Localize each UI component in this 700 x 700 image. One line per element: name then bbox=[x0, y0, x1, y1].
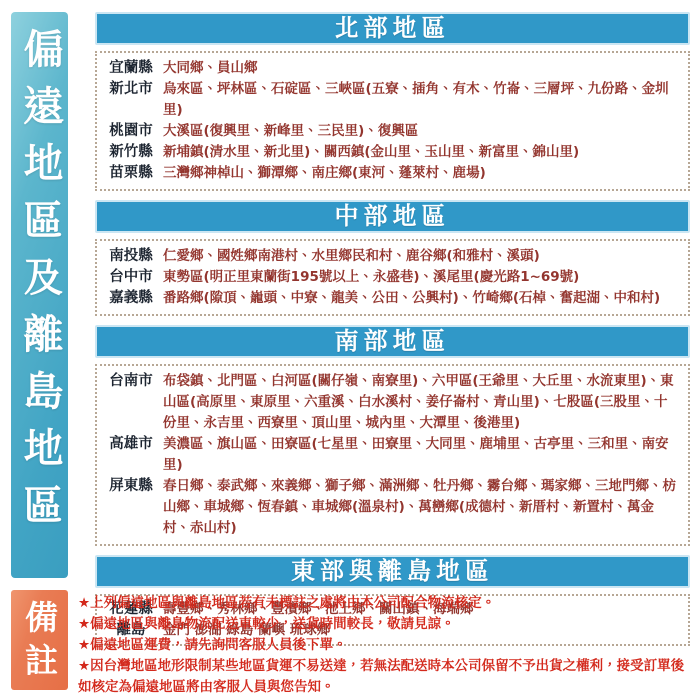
county-label: 新竹縣 bbox=[105, 142, 157, 163]
table-row: 南投縣 仁愛鄉、國姓鄉南港村、水里鄉民和村、鹿谷鄉(和雅村、溪頭) bbox=[105, 246, 680, 267]
area-list: 大溪區(復興里、新峰里、三民里)、復興區 bbox=[157, 121, 680, 142]
page: 偏遠地區及離島地區 北部地區 宜蘭縣 大同鄉、員山鄉 新北市 烏來區、坪林區、石… bbox=[0, 0, 700, 700]
table-row: 新竹縣 新埔鎮(清水里、新北里)、關西鎮(金山里、玉山里、新富里、錦山里) bbox=[105, 142, 680, 163]
area-list: 布袋鎮、北門區、白河區(關仔嶺、南寮里)、六甲區(王爺里、大丘里、水流東里)、東… bbox=[157, 371, 680, 434]
area-list: 番路鄉(隙頂、巃頭、中寮、龍美、公田、公興村)、竹崎鄉(石棹、奮起湖、中和村) bbox=[157, 288, 680, 309]
table-row: 台中市 東勢區(明正里東蘭街195號以上、永盛巷)、溪尾里(慶光路1~69號) bbox=[105, 267, 680, 288]
table-row: 桃園市 大溪區(復興里、新峰里、三民里)、復興區 bbox=[105, 121, 680, 142]
area-list: 新埔鎮(清水里、新北里)、關西鎮(金山里、玉山里、新富里、錦山里) bbox=[157, 142, 680, 163]
note-item: ★因台灣地區地形限制某些地區貨運不易送達，若無法配送時本公司保留不予出貨之權利，… bbox=[78, 656, 692, 698]
table-row: 新北市 烏來區、坪林區、石碇區、三峽區(五寮、插角、有木、竹崙、三層坪、九份路、… bbox=[105, 79, 680, 121]
county-label: 南投縣 bbox=[105, 246, 157, 267]
area-list: 春日鄉、泰武鄉、來義鄉、獅子鄉、滿洲鄉、牡丹鄉、霧台鄉、瑪家鄉、三地門鄉、枋山鄉… bbox=[157, 476, 680, 539]
area-list: 美濃區、旗山區、田寮區(七星里、田寮里、大同里、鹿埔里、古亭里、三和里、南安里) bbox=[157, 434, 680, 476]
section-header-north: 北部地區 bbox=[95, 12, 690, 45]
region-box-central: 南投縣 仁愛鄉、國姓鄉南港村、水里鄉民和村、鹿谷鄉(和雅村、溪頭) 台中市 東勢… bbox=[95, 239, 690, 316]
county-label: 高雄市 bbox=[105, 434, 157, 455]
area-list: 仁愛鄉、國姓鄉南港村、水里鄉民和村、鹿谷鄉(和雅村、溪頭) bbox=[157, 246, 680, 267]
county-label: 屏東縣 bbox=[105, 476, 157, 497]
table-row: 台南市 布袋鎮、北門區、白河區(關仔嶺、南寮里)、六甲區(王爺里、大丘里、水流東… bbox=[105, 371, 680, 434]
county-label: 苗栗縣 bbox=[105, 163, 157, 184]
county-label: 嘉義縣 bbox=[105, 288, 157, 309]
table-row: 苗栗縣 三灣鄉神棹山、獅潭鄉、南庄鄉(東河、蓬萊村、鹿場) bbox=[105, 163, 680, 184]
county-label: 台南市 bbox=[105, 371, 157, 392]
notes-banner-label: 備註 bbox=[11, 590, 68, 690]
county-label: 新北市 bbox=[105, 79, 157, 100]
note-item: ★偏遠地區運費，請先詢問客服人員後下單。 bbox=[78, 635, 692, 656]
region-box-north: 宜蘭縣 大同鄉、員山鄉 新北市 烏來區、坪林區、石碇區、三峽區(五寮、插角、有木… bbox=[95, 51, 690, 191]
table-row: 嘉義縣 番路鄉(隙頂、巃頭、中寮、龍美、公田、公興村)、竹崎鄉(石棹、奮起湖、中… bbox=[105, 288, 680, 309]
area-list: 大同鄉、員山鄉 bbox=[157, 58, 680, 79]
area-list: 東勢區(明正里東蘭街195號以上、永盛巷)、溪尾里(慶光路1~69號) bbox=[157, 267, 680, 288]
area-list: 三灣鄉神棹山、獅潭鄉、南庄鄉(東河、蓬萊村、鹿場) bbox=[157, 163, 680, 184]
content-area: 北部地區 宜蘭縣 大同鄉、員山鄉 新北市 烏來區、坪林區、石碇區、三峽區(五寮、… bbox=[95, 12, 690, 655]
note-item: ★偏遠地區與離島物流配送車較少，送貨時間較長，敬請見諒。 bbox=[78, 614, 692, 635]
county-label: 桃園市 bbox=[105, 121, 157, 142]
section-header-central: 中部地區 bbox=[95, 200, 690, 233]
section-header-east-islands: 東部與離島地區 bbox=[95, 555, 690, 588]
section-header-south: 南部地區 bbox=[95, 325, 690, 358]
notes-list: ★上列偏遠地區與離島地區若有未標註之處將由本公司配合物流核定。 ★偏遠地區與離島… bbox=[78, 593, 692, 698]
county-label: 宜蘭縣 bbox=[105, 58, 157, 79]
table-row: 高雄市 美濃區、旗山區、田寮區(七星里、田寮里、大同里、鹿埔里、古亭里、三和里、… bbox=[105, 434, 680, 476]
region-box-south: 台南市 布袋鎮、北門區、白河區(關仔嶺、南寮里)、六甲區(王爺里、大丘里、水流東… bbox=[95, 364, 690, 546]
table-row: 屏東縣 春日鄉、泰武鄉、來義鄉、獅子鄉、滿洲鄉、牡丹鄉、霧台鄉、瑪家鄉、三地門鄉… bbox=[105, 476, 680, 539]
page-title-vertical: 偏遠地區及離島地區 bbox=[11, 12, 68, 578]
notes-banner: 備註 bbox=[11, 590, 68, 690]
county-label: 台中市 bbox=[105, 267, 157, 288]
area-list: 烏來區、坪林區、石碇區、三峽區(五寮、插角、有木、竹崙、三層坪、九份路、金圳里) bbox=[157, 79, 680, 121]
table-row: 宜蘭縣 大同鄉、員山鄉 bbox=[105, 58, 680, 79]
sidebar-banner: 偏遠地區及離島地區 bbox=[11, 12, 68, 578]
note-item: ★上列偏遠地區與離島地區若有未標註之處將由本公司配合物流核定。 bbox=[78, 593, 692, 614]
